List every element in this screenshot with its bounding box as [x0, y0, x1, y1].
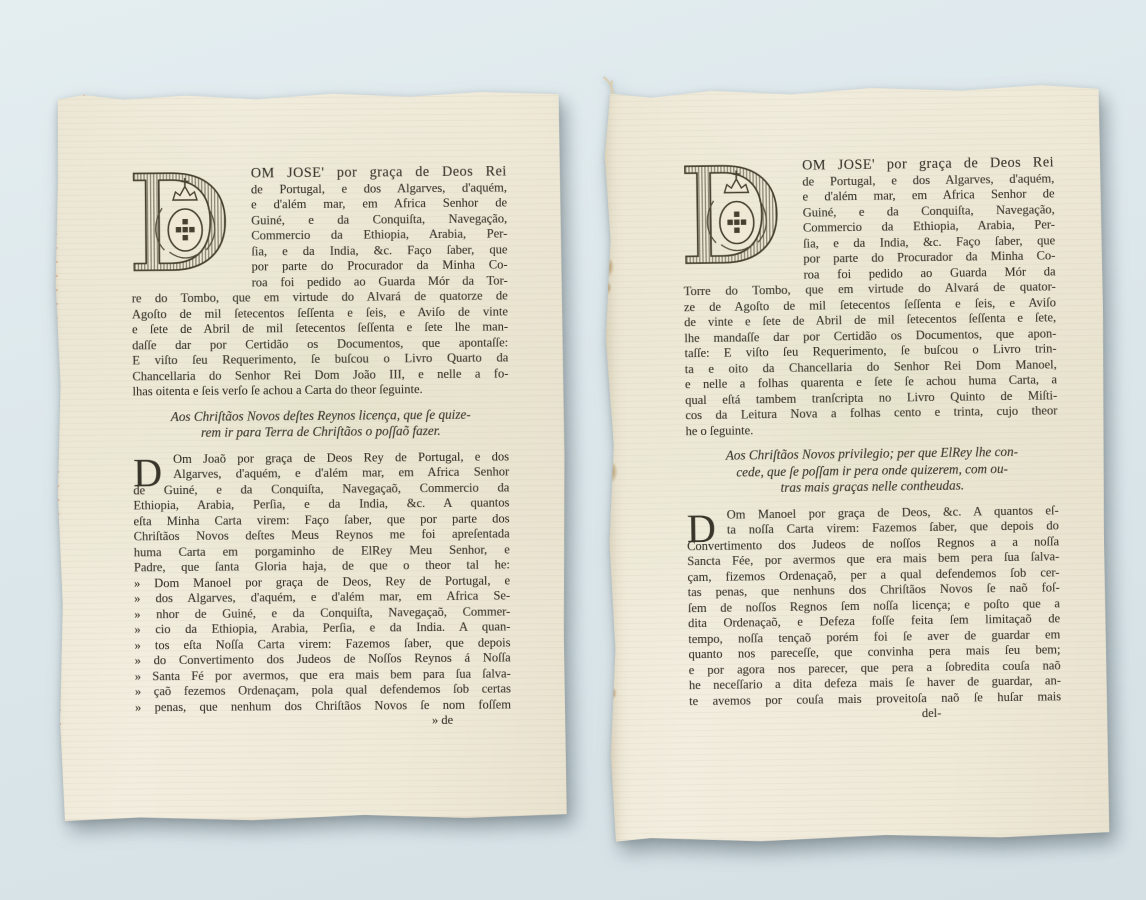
text-line: por parte do Procurador da Minha Co- [251, 257, 507, 275]
red-edge-speckle-bottom [59, 818, 568, 824]
italic-section-heading: Aos Chriſtãos Novos privilegio; per que … [686, 443, 1059, 497]
paragraph-initial: D [687, 509, 716, 547]
printed-text-block: D [131, 164, 511, 730]
paragraph-opening-lines: Om Manoel por graça de Deos, &c. A quant… [727, 503, 1059, 538]
second-paragraph: D Om Joaõ por graça de Deos Rey de Portu… [133, 449, 511, 715]
woodcut-initial-D: D [133, 172, 240, 277]
paragraph-opening-lines: Om Joaõ por graça de Deos Rey de Portuga… [173, 449, 509, 483]
woodcut-initial-D: D [684, 164, 791, 269]
scene-background: D [0, 0, 1146, 900]
right-document: D [601, 83, 1111, 846]
paragraph-body-lines: Convertimento dos Judeos de noſſos Regno… [687, 534, 1061, 709]
body-lines: re do Tombo, que em virtude do Alvará de… [132, 288, 509, 399]
stain [602, 281, 612, 295]
text-line: e d'além mar, em Africa Senhor de [251, 195, 507, 213]
text-line: Aos Chriſtãos Novos deſtes Reynos licenç… [133, 406, 509, 425]
printed-text-block: D [682, 155, 1061, 724]
text-line: lhas oitenta e ſeis verſo ſe achou a Car… [132, 381, 508, 399]
binding-thread-strand [603, 117, 608, 267]
photo-two-historic-documents: { "palette": { "background": "#dde8ec", … [0, 0, 1146, 900]
red-edge-speckle-bottom [611, 838, 1111, 847]
stain [601, 461, 618, 484]
italic-section-heading: Aos Chriſtãos Novos deſtes Reynos licenç… [133, 406, 509, 442]
red-edge-speckle-top [53, 91, 282, 96]
second-paragraph: D Om Manoel por graça de Deos, &c. A qua… [687, 503, 1062, 709]
text-line: Commercio da Ethiopia, Arabia, Per- [251, 226, 507, 244]
text-line: Chancellaria do Senhor Rei Dom João III,… [132, 366, 508, 384]
body-lines: Torre do Tombo, que em virtude do Alvará… [684, 279, 1058, 439]
paragraph-initial: D [133, 454, 162, 492]
stain [599, 257, 614, 278]
red-edge-speckle-left [53, 93, 62, 824]
left-document-sheet: D [53, 89, 568, 824]
text-line: » penas, que nenhum dos Chriſtãos Novos … [135, 697, 511, 715]
opening-lines: OM JOSE' por graça de Deos Reide Portuga… [251, 164, 508, 290]
first-paragraph: D [682, 155, 1058, 439]
opening-lines: OM JOSE' por graça de Deos Reide Portuga… [802, 155, 1056, 282]
paragraph-body-lines: de Guiné, e da Conquiſta, Navegaçaõ, Com… [133, 480, 511, 715]
text-line: OM JOSE' por graça de Deos Rei [251, 164, 507, 182]
right-document-sheet: D [601, 83, 1111, 846]
catchword: » de [135, 712, 511, 730]
left-document: D [53, 89, 568, 824]
first-paragraph: D [131, 164, 509, 399]
stain [606, 687, 617, 700]
text-line: rem ir para Terra de Chriſtãos o poſſaõ … [133, 422, 509, 441]
